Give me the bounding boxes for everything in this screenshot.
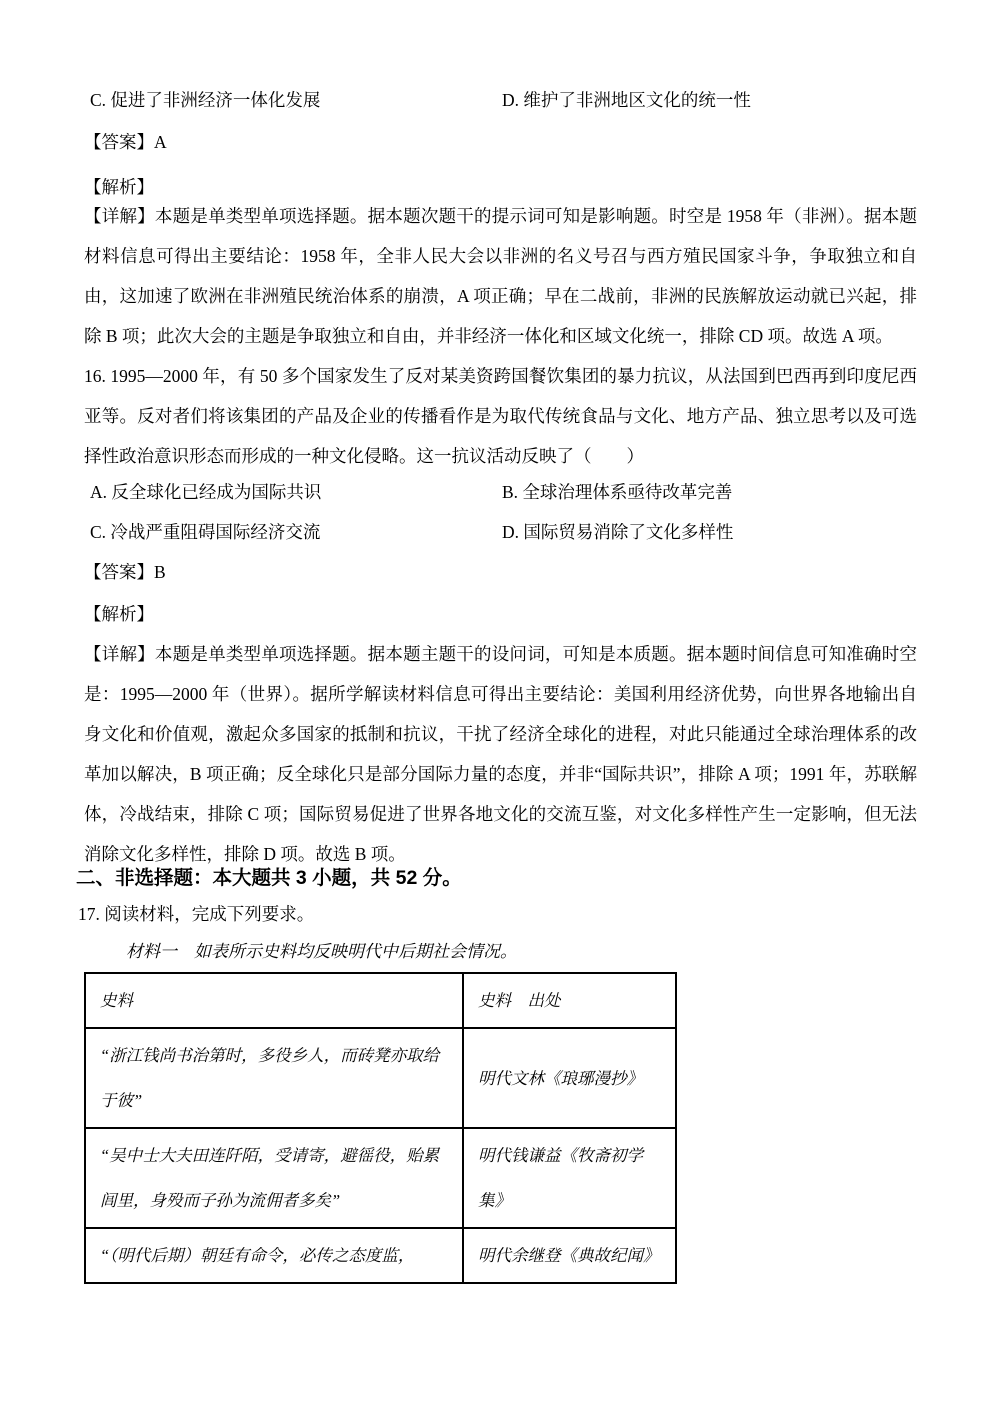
q17-source-table: 史料 史料 出处 “浙江钱尚书治第时，多役乡人，而砖凳亦取给于彼” 明代文林《琅…: [84, 972, 677, 1284]
table-cell-source-1: 明代文林《琅琊漫抄》: [463, 1028, 676, 1128]
q16-analysis-label: 【解析】: [84, 594, 917, 634]
table-row: “吴中士大夫田连阡陌，受请寄，避徭役，贻累闾里，身殁而子孙为流佣者多矣” 明代钱…: [85, 1128, 676, 1228]
q16-detail-paragraph: 【详解】本题是单类型单项选择题。据本题主题干的设问词，可知是本质题。据本题时间信…: [84, 634, 917, 874]
table-cell-source-2: 明代钱谦益《牧斋初学集》: [463, 1128, 676, 1228]
table-row: “浙江钱尚书治第时，多役乡人，而砖凳亦取给于彼” 明代文林《琅琊漫抄》: [85, 1028, 676, 1128]
section2-heading: 二、非选择题：本大题共 3 小题，共 52 分。: [76, 858, 909, 898]
table-cell-source-3: 明代余继登《典故纪闻》: [463, 1228, 676, 1283]
q16-option-d: D. 国际贸易消除了文化多样性: [502, 512, 917, 552]
q17-material1-caption: 材料一 如表所示史料均反映明代中后期社会情况。: [84, 932, 917, 972]
table-row: “（明代后期）朝廷有命令，必传之态度监， 明代余继登《典故纪闻》: [85, 1228, 676, 1283]
q16-stem: 16. 1995—2000 年，有 50 多个国家发生了反对某美资跨国餐饮集团的…: [84, 356, 917, 476]
q16-options-row-cd: C. 冷战严重阻碍国际经济交流 D. 国际贸易消除了文化多样性: [84, 512, 917, 552]
q16-options-row-ab: A. 反全球化已经成为国际共识 B. 全球治理体系亟待改革完善: [84, 472, 917, 512]
q17-intro: 17. 阅读材料，完成下列要求。: [78, 894, 911, 934]
table-cell-quote-3: “（明代后期）朝廷有命令，必传之态度监，: [85, 1228, 463, 1283]
q15-option-d: D. 维护了非洲地区文化的统一性: [502, 80, 917, 120]
q15-option-c: C. 促进了非洲经济一体化发展: [90, 80, 502, 120]
q16-option-b: B. 全球治理体系亟待改革完善: [502, 472, 917, 512]
table-cell-quote-2: “吴中士大夫田连阡陌，受请寄，避徭役，贻累闾里，身殁而子孙为流佣者多矣”: [85, 1128, 463, 1228]
table-header-shiliao: 史料: [85, 973, 463, 1028]
q16-answer-label: 【答案】B: [84, 552, 917, 592]
table-header-row: 史料 史料 出处: [85, 973, 676, 1028]
q16-option-c: C. 冷战严重阻碍国际经济交流: [90, 512, 502, 552]
table-cell-quote-1: “浙江钱尚书治第时，多役乡人，而砖凳亦取给于彼”: [85, 1028, 463, 1128]
q15-answer-label: 【答案】A: [84, 122, 917, 162]
q16-option-a: A. 反全球化已经成为国际共识: [90, 472, 502, 512]
exam-document-page: C. 促进了非洲经济一体化发展 D. 维护了非洲地区文化的统一性 【答案】A 【…: [0, 0, 1000, 1414]
q15-detail-paragraph: 【详解】本题是单类型单项选择题。据本题次题干的提示词可知是影响题。时空是 195…: [84, 196, 917, 356]
q15-options-row: C. 促进了非洲经济一体化发展 D. 维护了非洲地区文化的统一性: [84, 80, 917, 120]
table-header-source: 史料 出处: [463, 973, 676, 1028]
